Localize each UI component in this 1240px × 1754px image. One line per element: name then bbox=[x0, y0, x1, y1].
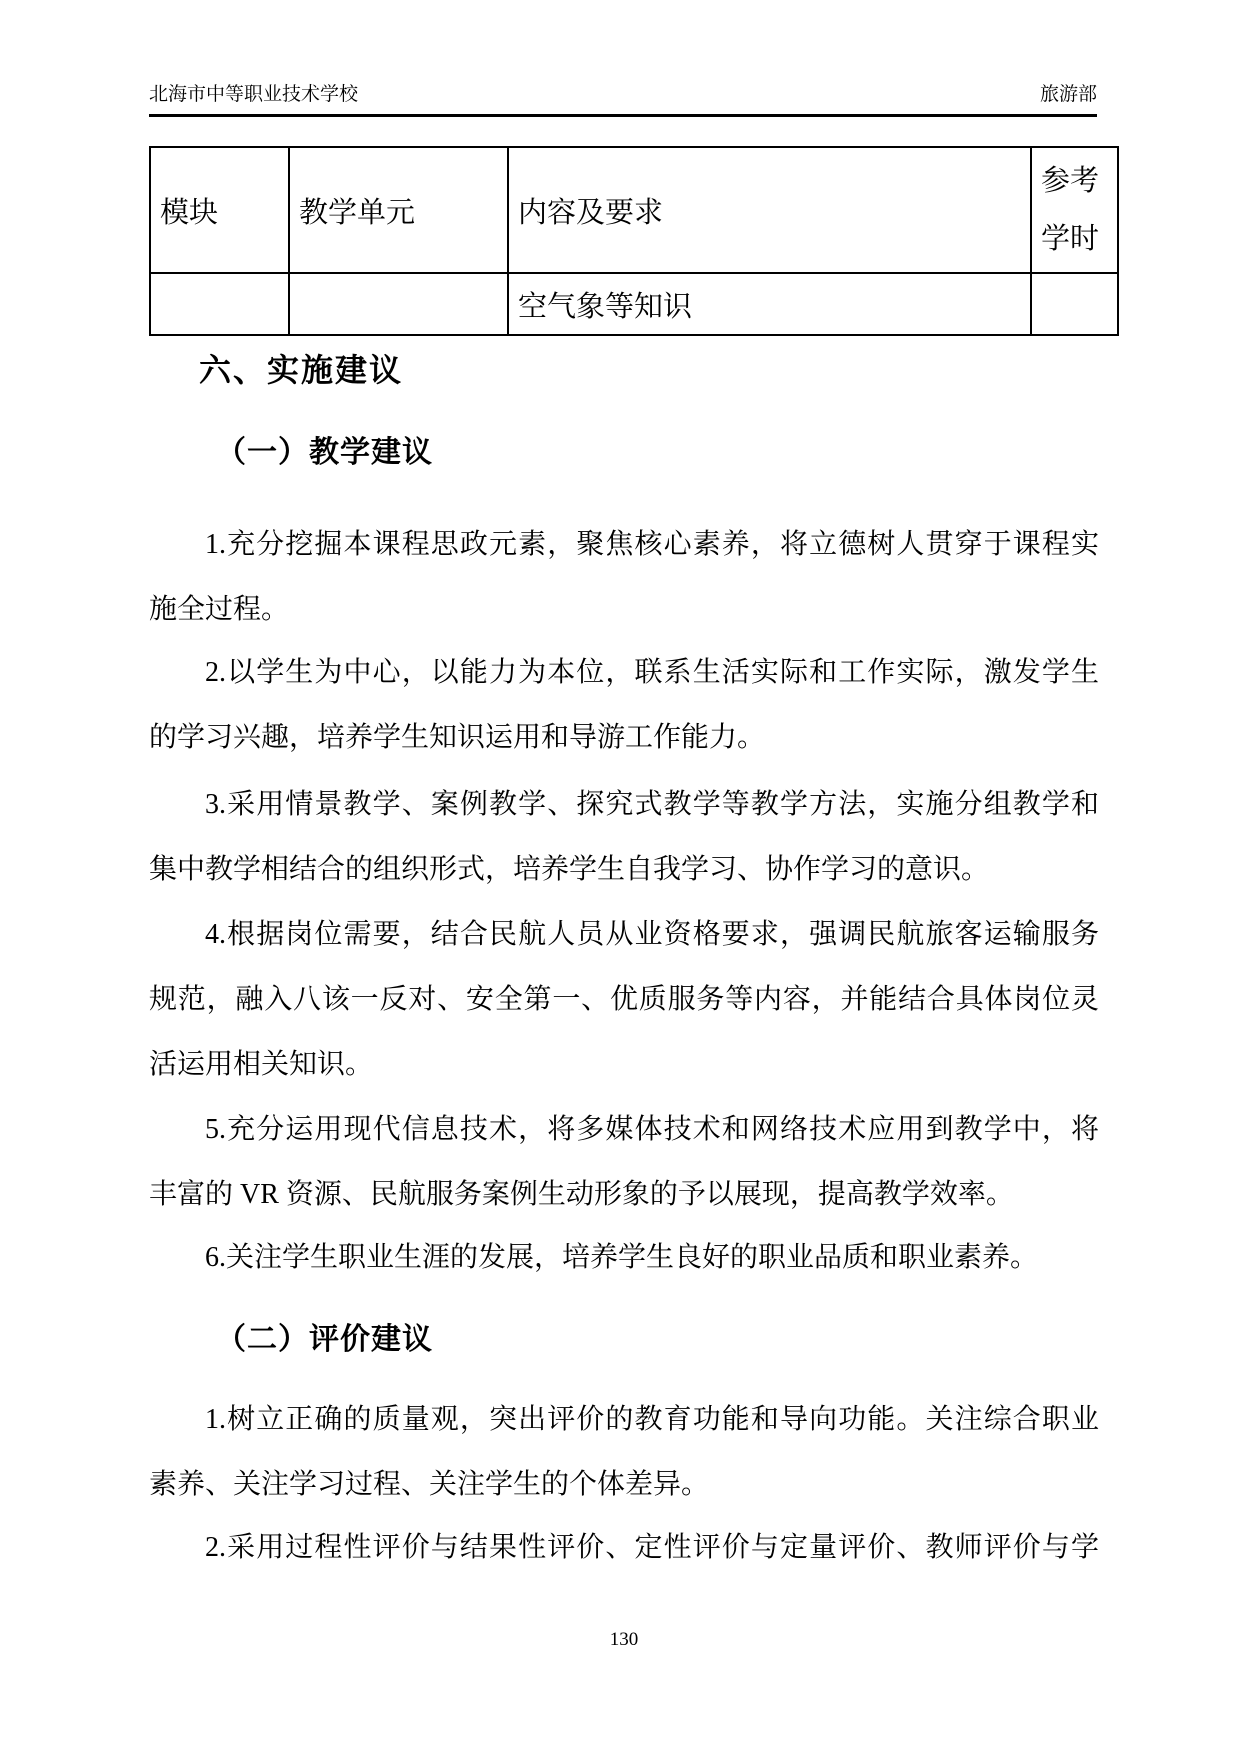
table-header-module: 模块 bbox=[150, 147, 289, 273]
table-cell-hours bbox=[1031, 273, 1118, 335]
paragraph-8: 2.采用过程性评价与结果性评价、定性评价与定量评价、教师评价与学 bbox=[149, 1515, 1099, 1580]
table-row: 空气象等知识 bbox=[150, 273, 1118, 335]
subsection-heading-evaluation-suggestions: （二）评价建议 bbox=[216, 1320, 433, 1360]
table-header-row: 模块 教学单元 内容及要求 参考 学时 bbox=[150, 147, 1118, 273]
page-number: 130 bbox=[149, 1627, 1099, 1653]
paragraph-line: 的学习兴趣，培养学生知识运用和导游工作能力。 bbox=[149, 705, 1099, 770]
paragraph-line: 5.充分运用现代信息技术，将多媒体技术和网络技术应用到教学中，将 bbox=[149, 1097, 1099, 1162]
paragraph-line: 1.树立正确的质量观，突出评价的教育功能和导向功能。关注综合职业 bbox=[149, 1387, 1099, 1452]
table-cell-content: 空气象等知识 bbox=[508, 273, 1031, 335]
paragraph-4: 4.根据岗位需要，结合民航人员从业资格要求，强调民航旅客运输服务 规范，融入八该… bbox=[149, 902, 1099, 1097]
paragraph-2: 2.以学生为中心，以能力为本位，联系生活实际和工作实际，激发学生 的学习兴趣，培… bbox=[149, 640, 1099, 770]
reference-hours-line2: 学时 bbox=[1041, 210, 1117, 268]
teaching-unit-table: 模块 教学单元 内容及要求 参考 学时 空气象等知识 bbox=[149, 146, 1119, 336]
table-header-teaching-unit: 教学单元 bbox=[289, 147, 508, 273]
header-school-name: 北海市中等职业技术学校 bbox=[149, 82, 358, 108]
reference-hours-line1: 参考 bbox=[1041, 152, 1117, 210]
page-header: 北海市中等职业技术学校 旅游部 bbox=[149, 82, 1097, 108]
paragraph-line: 2.以学生为中心，以能力为本位，联系生活实际和工作实际，激发学生 bbox=[149, 640, 1099, 705]
paragraph-5: 5.充分运用现代信息技术，将多媒体技术和网络技术应用到教学中，将 丰富的 VR … bbox=[149, 1097, 1099, 1227]
paragraph-line: 丰富的 VR 资源、民航服务案例生动形象的予以展现，提高教学效率。 bbox=[149, 1162, 1099, 1227]
paragraph-line: 1.充分挖掘本课程思政元素，聚焦核心素养，将立德树人贯穿于课程实 bbox=[149, 512, 1099, 577]
paragraph-line: 3.采用情景教学、案例教学、探究式教学等教学方法，实施分组教学和 bbox=[149, 772, 1099, 837]
paragraph-line: 施全过程。 bbox=[149, 577, 1099, 642]
paragraph-line: 4.根据岗位需要，结合民航人员从业资格要求，强调民航旅客运输服务 bbox=[149, 902, 1099, 967]
header-department: 旅游部 bbox=[1040, 82, 1097, 108]
paragraph-7: 1.树立正确的质量观，突出评价的教育功能和导向功能。关注综合职业 素养、关注学习… bbox=[149, 1387, 1099, 1517]
document-page: 北海市中等职业技术学校 旅游部 模块 教学单元 内容及要求 参考 学时 空气象等… bbox=[0, 0, 1240, 1754]
paragraph-3: 3.采用情景教学、案例教学、探究式教学等教学方法，实施分组教学和 集中教学相结合… bbox=[149, 772, 1099, 902]
section-heading-implementation-suggestions: 六、实施建议 bbox=[199, 350, 403, 390]
subsection-heading-teaching-suggestions: （一）教学建议 bbox=[216, 433, 433, 473]
table-header-content-requirements: 内容及要求 bbox=[508, 147, 1031, 273]
table-cell-teaching-unit bbox=[289, 273, 508, 335]
paragraph-line: 素养、关注学习过程、关注学生的个体差异。 bbox=[149, 1452, 1099, 1517]
paragraph-1: 1.充分挖掘本课程思政元素，聚焦核心素养，将立德树人贯穿于课程实 施全过程。 bbox=[149, 512, 1099, 642]
paragraph-line: 集中教学相结合的组织形式，培养学生自我学习、协作学习的意识。 bbox=[149, 837, 1099, 902]
paragraph-line: 2.采用过程性评价与结果性评价、定性评价与定量评价、教师评价与学 bbox=[149, 1515, 1099, 1580]
table-header-reference-hours: 参考 学时 bbox=[1031, 147, 1118, 273]
paragraph-line: 活运用相关知识。 bbox=[149, 1032, 1099, 1097]
table-cell-module bbox=[150, 273, 289, 335]
header-rule bbox=[149, 114, 1097, 117]
paragraph-line: 规范，融入八该一反对、安全第一、优质服务等内容，并能结合具体岗位灵 bbox=[149, 967, 1099, 1032]
paragraph-6: 6.关注学生职业生涯的发展，培养学生良好的职业品质和职业素养。 bbox=[149, 1225, 1099, 1290]
paragraph-line: 6.关注学生职业生涯的发展，培养学生良好的职业品质和职业素养。 bbox=[149, 1225, 1099, 1290]
